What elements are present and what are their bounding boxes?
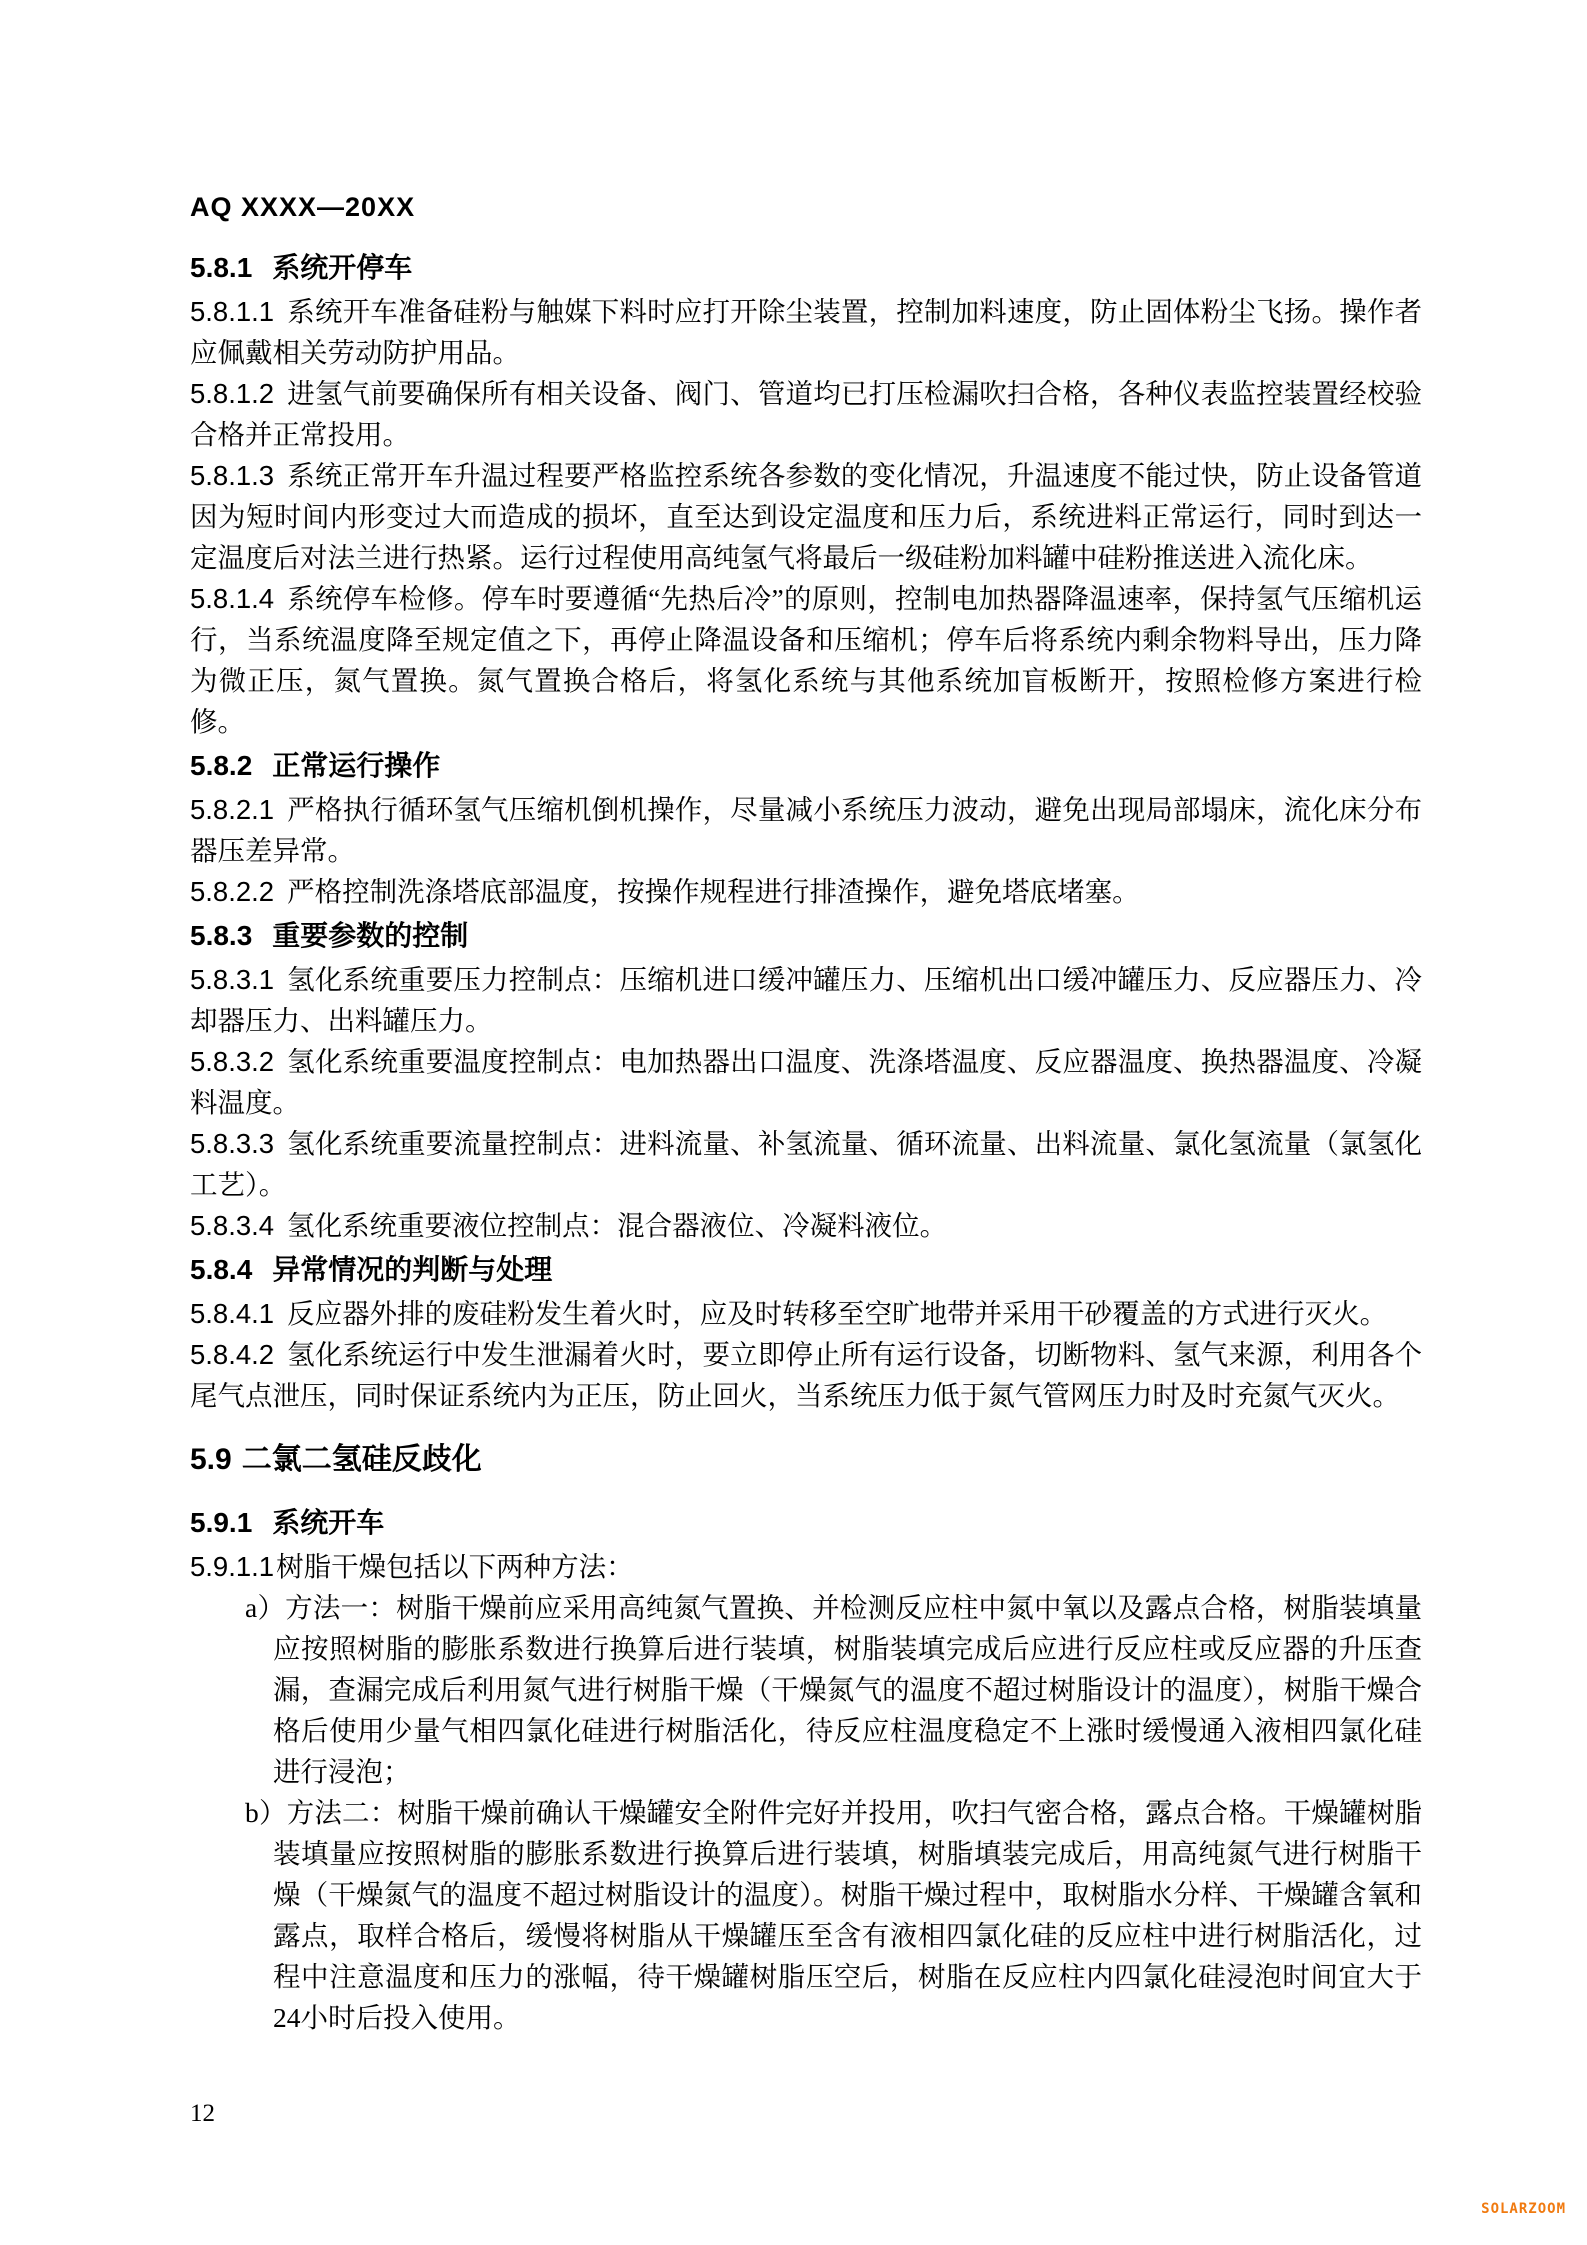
clause-number: 5.8.2.2 (190, 876, 274, 907)
clause-paragraph: 5.9.1.1树脂干燥包括以下两种方法： (190, 1546, 1422, 1587)
section-heading: 5.8.4异常情况的判断与处理 (190, 1249, 1422, 1290)
clause-text: 反应器外排的废硅粉发生着火时，应及时转移至空旷地带并采用干砂覆盖的方式进行灭火。 (287, 1298, 1387, 1329)
clause-text: 氢化系统重要压力控制点：压缩机进口缓冲罐压力、压缩机出口缓冲罐压力、反应器压力、… (190, 964, 1422, 1036)
clause-title: 二氯二氢硅反歧化 (242, 1443, 482, 1476)
section-heading: 5.9二氯二氢硅反歧化 (190, 1438, 1422, 1482)
clause-text: 氢化系统重要液位控制点：混合器液位、冷凝料液位。 (287, 1210, 947, 1241)
clause-paragraph: 5.8.1.1系统开车准备硅粉与触媒下料时应打开除尘装置，控制加料速度，防止固体… (190, 291, 1422, 373)
clause-number: 5.9.1.1 (190, 1551, 274, 1582)
document-page: AQ XXXX—20XX 5.8.1系统开停车5.8.1.1系统开车准备硅粉与触… (0, 0, 1587, 2245)
clause-paragraph: 5.8.4.1反应器外排的废硅粉发生着火时，应及时转移至空旷地带并采用干砂覆盖的… (190, 1293, 1422, 1334)
clause-number: 5.8.1.3 (190, 460, 274, 491)
clause-number: 5.8.3.4 (190, 1210, 274, 1241)
clause-number: 5.8.3 (190, 920, 252, 951)
list-item-label: b） (245, 1797, 287, 1828)
clause-number: 5.8.3.3 (190, 1128, 274, 1159)
clause-paragraph: 5.8.2.1严格执行循环氢气压缩机倒机操作，尽量减小系统压力波动，避免出现局部… (190, 789, 1422, 871)
clause-title: 异常情况的判断与处理 (272, 1254, 552, 1285)
clause-number: 5.8.3.1 (190, 964, 274, 995)
section-heading: 5.8.3重要参数的控制 (190, 915, 1422, 956)
clause-text: 氢化系统重要温度控制点：电加热器出口温度、洗涤塔温度、反应器温度、换热器温度、冷… (190, 1046, 1422, 1118)
clause-paragraph: 5.8.1.2进氢气前要确保所有相关设备、阀门、管道均已打压检漏吹扫合格，各种仪… (190, 373, 1422, 455)
clause-text: 严格执行循环氢气压缩机倒机操作，尽量减小系统压力波动，避免出现局部塌床，流化床分… (190, 794, 1422, 866)
clause-number: 5.8.2.1 (190, 794, 274, 825)
section-heading: 5.9.1系统开车 (190, 1502, 1422, 1543)
clause-number: 5.8.1.2 (190, 378, 274, 409)
clause-text: 树脂干燥包括以下两种方法： (276, 1551, 634, 1582)
clause-number: 5.9 (190, 1443, 232, 1476)
clause-paragraph: 5.8.4.2氢化系统运行中发生泄漏着火时，要立即停止所有运行设备，切断物料、氢… (190, 1334, 1422, 1416)
list-item-text: 方法一：树脂干燥前应采用高纯氮气置换、并检测反应柱中氮中氧以及露点合格，树脂装填… (273, 1592, 1422, 1787)
doc-code-header: AQ XXXX—20XX (190, 192, 415, 223)
list-item: a）方法一：树脂干燥前应采用高纯氮气置换、并检测反应柱中氮中氧以及露点合格，树脂… (245, 1587, 1422, 1792)
clause-number: 5.8.2 (190, 750, 252, 781)
clause-text: 严格控制洗涤塔底部温度，按操作规程进行排渣操作，避免塔底堵塞。 (287, 876, 1140, 907)
clause-number: 5.8.1.4 (190, 583, 274, 614)
clause-text: 进氢气前要确保所有相关设备、阀门、管道均已打压检漏吹扫合格，各种仪表监控装置经校… (190, 378, 1422, 450)
watermark-solarzoom: SOLARZOOM (1481, 2201, 1566, 2217)
clause-title: 正常运行操作 (272, 750, 440, 781)
clause-title: 系统开停车 (272, 252, 412, 283)
clause-paragraph: 5.8.3.2氢化系统重要温度控制点：电加热器出口温度、洗涤塔温度、反应器温度、… (190, 1041, 1422, 1123)
clause-paragraph: 5.8.1.4系统停车检修。停车时要遵循“先热后冷”的原则，控制电加热器降温速率… (190, 578, 1422, 742)
clause-paragraph: 5.8.3.1氢化系统重要压力控制点：压缩机进口缓冲罐压力、压缩机出口缓冲罐压力… (190, 959, 1422, 1041)
clause-title: 重要参数的控制 (272, 920, 468, 951)
clause-text: 系统停车检修。停车时要遵循“先热后冷”的原则，控制电加热器降温速率，保持氢气压缩… (190, 583, 1422, 737)
clause-text: 氢化系统运行中发生泄漏着火时，要立即停止所有运行设备，切断物料、氢气来源，利用各… (190, 1339, 1422, 1411)
clause-text: 系统正常开车升温过程要严格监控系统各参数的变化情况，升温速度不能过快，防止设备管… (190, 460, 1422, 573)
clause-number: 5.8.4 (190, 1254, 252, 1285)
document-body: 5.8.1系统开停车5.8.1.1系统开车准备硅粉与触媒下料时应打开除尘装置，控… (190, 244, 1422, 2038)
clause-number: 5.8.4.2 (190, 1339, 274, 1370)
clause-number: 5.8.1.1 (190, 296, 274, 327)
clause-paragraph: 5.8.3.3氢化系统重要流量控制点：进料流量、补氢流量、循环流量、出料流量、氯… (190, 1123, 1422, 1205)
clause-number: 5.9.1 (190, 1507, 252, 1538)
clause-title: 系统开车 (272, 1507, 384, 1538)
clause-number: 5.8.3.2 (190, 1046, 274, 1077)
list-item-text: 方法二：树脂干燥前确认干燥罐安全附件完好并投用，吹扫气密合格，露点合格。干燥罐树… (273, 1797, 1422, 2033)
clause-paragraph: 5.8.1.3系统正常开车升温过程要严格监控系统各参数的变化情况，升温速度不能过… (190, 455, 1422, 578)
clause-paragraph: 5.8.2.2严格控制洗涤塔底部温度，按操作规程进行排渣操作，避免塔底堵塞。 (190, 871, 1422, 912)
clause-paragraph: 5.8.3.4氢化系统重要液位控制点：混合器液位、冷凝料液位。 (190, 1205, 1422, 1246)
section-heading: 5.8.2正常运行操作 (190, 745, 1422, 786)
clause-number: 5.8.4.1 (190, 1298, 274, 1329)
page-number: 12 (190, 2100, 215, 2128)
list-item: b）方法二：树脂干燥前确认干燥罐安全附件完好并投用，吹扫气密合格，露点合格。干燥… (245, 1792, 1422, 2038)
clause-text: 氢化系统重要流量控制点：进料流量、补氢流量、循环流量、出料流量、氯化氢流量（氯氢… (190, 1128, 1422, 1200)
list-item-label: a） (245, 1592, 285, 1623)
section-heading: 5.8.1系统开停车 (190, 247, 1422, 288)
clause-number: 5.8.1 (190, 252, 252, 283)
clause-text: 系统开车准备硅粉与触媒下料时应打开除尘装置，控制加料速度，防止固体粉尘飞扬。操作… (190, 296, 1422, 368)
